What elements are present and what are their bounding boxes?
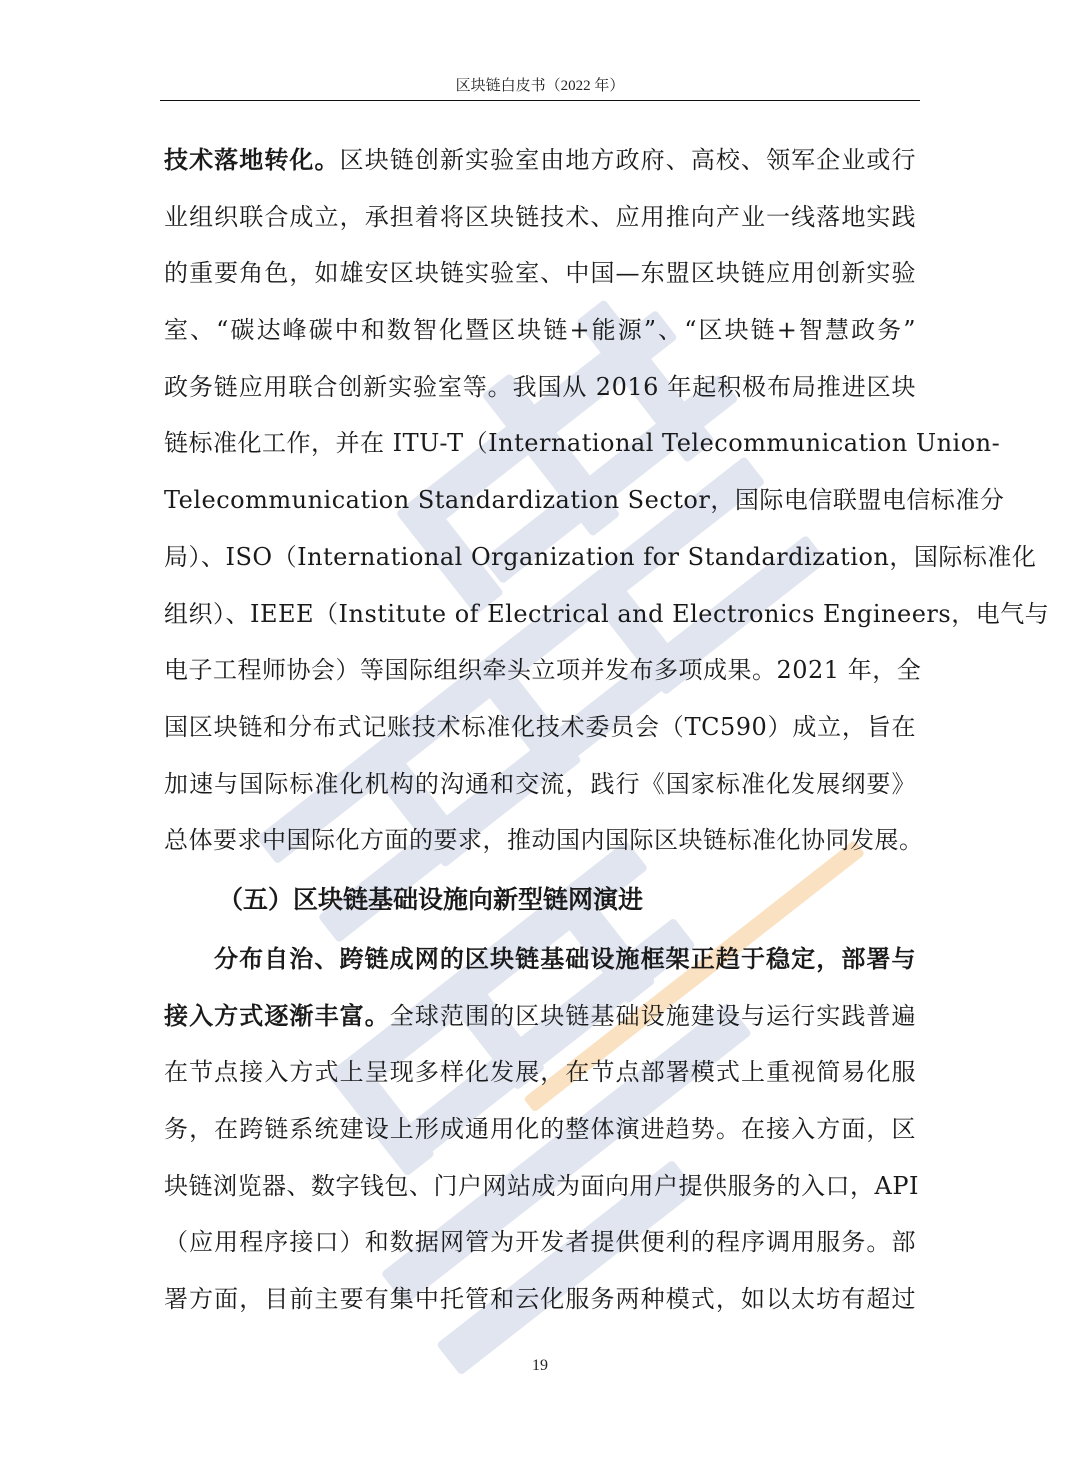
- bold-lead-in: 接入方式逐渐丰富。: [164, 1002, 390, 1030]
- text-line: 分布自治、跨链成网的区块链基础设施框架正趋于稳定，部署与: [164, 931, 916, 988]
- text-line: 的重要角色，如雄安区块链实验室、中国—东盟区块链应用创新实验: [164, 245, 916, 302]
- header-divider: [160, 100, 920, 101]
- text-line: （应用程序接口）和数据网管为开发者提供便利的程序调用服务。部: [164, 1214, 916, 1271]
- text-line: Telecommunication Standardization Sector…: [164, 472, 916, 529]
- text-line: 务，在跨链系统建设上形成通用化的整体演进趋势。在接入方面，区: [164, 1101, 916, 1158]
- text-line: 接入方式逐渐丰富。全球范围的区块链基础设施建设与运行实践普遍: [164, 988, 916, 1045]
- text-line: 加速与国际标准化机构的沟通和交流，践行《国家标准化发展纲要》: [164, 756, 916, 813]
- running-header: 区块链白皮书（2022 年）: [160, 74, 920, 95]
- text-line: 电子工程师协会）等国际组织牵头立项并发布多项成果。2021 年，全: [164, 642, 916, 699]
- document-body: 技术落地转化。区块链创新实验室由地方政府、高校、领军企业或行 业组织联合成立，承…: [164, 132, 916, 1328]
- text-line: 技术落地转化。区块链创新实验室由地方政府、高校、领军企业或行: [164, 132, 916, 189]
- text-line: 链标准化工作，并在 ITU-T（International Telecommun…: [164, 415, 916, 472]
- text-line: 局）、ISO（International Organization for St…: [164, 529, 916, 586]
- paragraph-standards: 技术落地转化。区块链创新实验室由地方政府、高校、领军企业或行 业组织联合成立，承…: [164, 132, 916, 869]
- paragraph-infrastructure: 分布自治、跨链成网的区块链基础设施框架正趋于稳定，部署与 接入方式逐渐丰富。全球…: [164, 931, 916, 1328]
- section-heading: （五）区块链基础设施向新型链网演进: [164, 869, 916, 931]
- page-number: 19: [0, 1357, 1080, 1375]
- text-line: 室、“碳达峰碳中和数智化暨区块链+能源”、“区块链+智慧政务”: [164, 302, 916, 359]
- text-line: 国区块链和分布式记账技术标准化技术委员会（TC590）成立，旨在: [164, 699, 916, 756]
- text-line: 署方面，目前主要有集中托管和云化服务两种模式，如以太坊有超过: [164, 1271, 916, 1328]
- document-page: 区块链白皮书（2022 年）: [0, 0, 1080, 1465]
- text-line: 在节点接入方式上呈现多样化发展，在节点部署模式上重视简易化服: [164, 1044, 916, 1101]
- text-line: 业组织联合成立，承担着将区块链技术、应用推向产业一线落地实践: [164, 189, 916, 246]
- text-line: 政务链应用联合创新实验室等。我国从 2016 年起积极布局推进区块: [164, 359, 916, 416]
- text-line: 块链浏览器、数字钱包、门户网站成为面向用户提供服务的入口，API: [164, 1158, 916, 1215]
- text-line: 总体要求中国际化方面的要求，推动国内国际区块链标准化协同发展。: [164, 812, 916, 869]
- bold-lead-in: 技术落地转化。: [164, 146, 340, 174]
- text-line: 组织）、IEEE（Institute of Electrical and Ele…: [164, 586, 916, 643]
